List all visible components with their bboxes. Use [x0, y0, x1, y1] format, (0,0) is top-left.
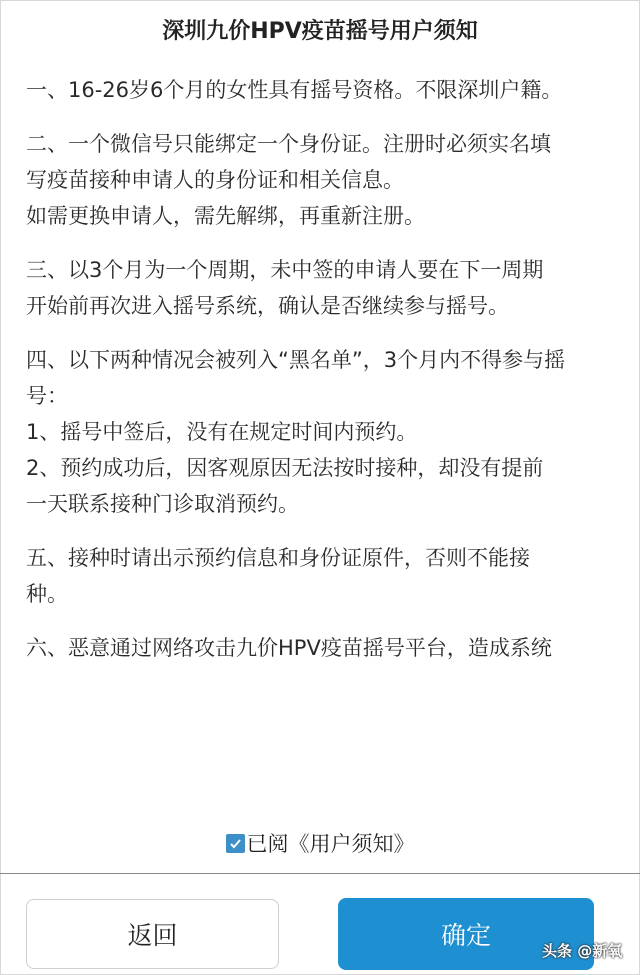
- page-title: 深圳九价HPV疫苗摇号用户须知: [0, 14, 640, 45]
- text-line: 种。: [26, 576, 626, 612]
- notice-item-3: 三、以3个月为一个周期，未中签的申请人要在下一周期 开始前再次进入摇号系统，确认…: [26, 252, 626, 324]
- notice-item-4: 四、以下两种情况会被列入“黑名单”，3个月内不得参与摇 号： 1、摇号中签后，没…: [26, 342, 626, 522]
- checkbox-checked-icon[interactable]: [226, 834, 245, 853]
- divider: [0, 873, 640, 874]
- text-line: 五、接种时请出示预约信息和身份证原件，否则不能接: [26, 540, 626, 576]
- notice-item-5: 五、接种时请出示预约信息和身份证原件，否则不能接 种。: [26, 540, 626, 612]
- watermark: 头条 @新氧: [542, 940, 622, 961]
- notice-item-6: 六、恶意通过网络攻击九价HPV疫苗摇号平台，造成系统: [26, 630, 626, 666]
- text-line: 六、恶意通过网络攻击九价HPV疫苗摇号平台，造成系统: [26, 630, 626, 666]
- text-line: 四、以下两种情况会被列入“黑名单”，3个月内不得参与摇: [26, 342, 626, 378]
- notice-item-1: 一、16-26岁6个月的女性具有摇号资格。不限深圳户籍。: [26, 72, 626, 108]
- text-line: 号：: [26, 378, 626, 414]
- text-line: 2、预约成功后，因客观原因无法按时接种，却没有提前: [26, 450, 626, 486]
- agreement-label: 已阅《用户须知》: [247, 828, 415, 858]
- text-line: 一、16-26岁6个月的女性具有摇号资格。不限深圳户籍。: [26, 72, 626, 108]
- agreement-checkbox-row[interactable]: 已阅《用户须知》: [0, 828, 640, 858]
- back-button[interactable]: 返回: [26, 899, 279, 969]
- text-line: 二、一个微信号只能绑定一个身份证。注册时必须实名填: [26, 126, 626, 162]
- notice-content[interactable]: 一、16-26岁6个月的女性具有摇号资格。不限深圳户籍。 二、一个微信号只能绑定…: [26, 72, 626, 684]
- text-line: 写疫苗接种申请人的身份证和相关信息。: [26, 162, 626, 198]
- text-line: 开始前再次进入摇号系统，确认是否继续参与摇号。: [26, 288, 626, 324]
- text-line: 1、摇号中签后，没有在规定时间内预约。: [26, 414, 626, 450]
- notice-item-2: 二、一个微信号只能绑定一个身份证。注册时必须实名填 写疫苗接种申请人的身份证和相…: [26, 126, 626, 234]
- text-line: 如需更换申请人，需先解绑，再重新注册。: [26, 198, 626, 234]
- text-line: 一天联系接种门诊取消预约。: [26, 486, 626, 522]
- text-line: 三、以3个月为一个周期，未中签的申请人要在下一周期: [26, 252, 626, 288]
